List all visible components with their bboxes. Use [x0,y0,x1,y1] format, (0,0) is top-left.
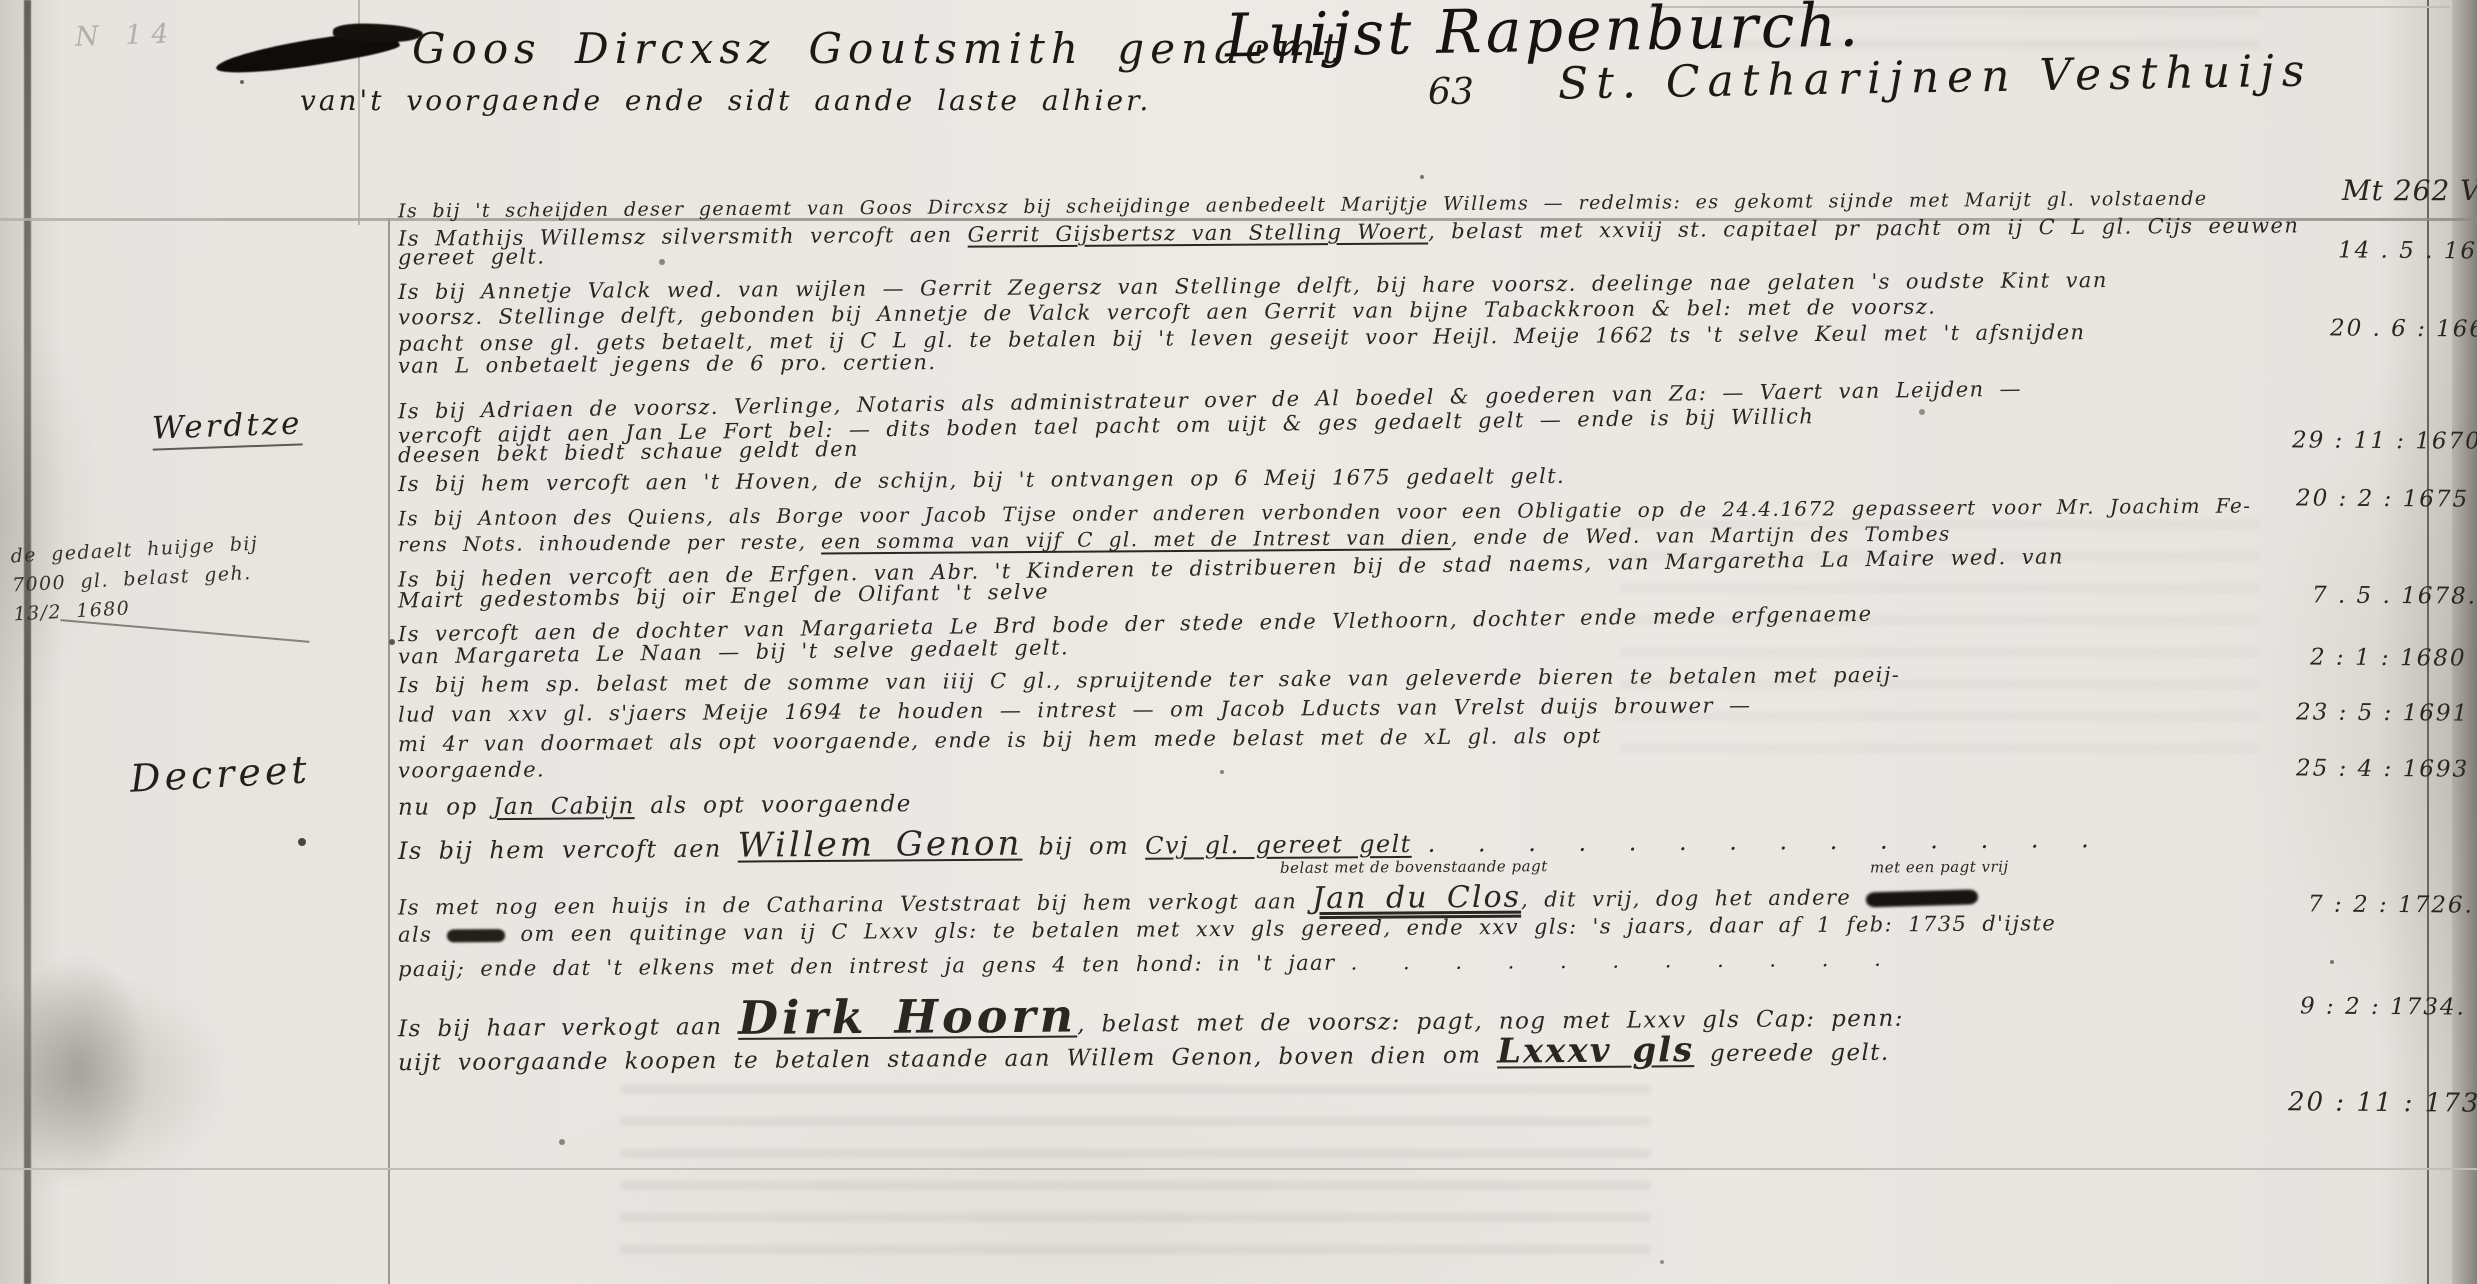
margin-small-note: de gedaelt huijge bij 7000 gl. belast ge… [10,530,262,630]
entry-1-buyer-name: Gerrit Gijsbertsz van Stelling Woert [968,219,1429,246]
entry-9-buyer-name: Willem Genon [738,824,1023,866]
entry-10-line-1-post: , dit vrij, dog het andere [1521,885,1851,911]
entry-9-mid: bij om [1022,832,1145,861]
margin-date-1662: 20 . 6 : 1662 [2330,315,2477,342]
entry-7-line-2: lud van xxv gl. s'jaers Meije 1694 te ho… [398,693,1751,726]
entry-9-pre: Is bij hem vercoft aen [398,835,738,865]
scratched-out-text [1866,889,1978,907]
margin-date-1739: 20 : 11 : 1739 [2288,1087,2477,1118]
margin-date-1678: 7 . 5 . 1678. [2312,582,2477,609]
entry-10-line-1-pre: Is met nog een huijs in de Catharina Ves… [398,889,1312,919]
entry-11-line-2-pre: uijt voorgaande koopen te betalen staand… [398,1043,1497,1077]
margin-note-underline-flourish [60,619,309,643]
bottom-left-smudge [30,950,150,1180]
entry-8-post: als opt voorgaende [635,791,912,819]
entry-10-superscript-note-2: met een pagt vrij [1870,858,2009,877]
entry-8-pre: nu op [398,794,493,821]
entry-3-line-3: deesen bekt biedt schaue geldt den [398,437,859,467]
margin-date-1734: 9 : 2 : 1734. [2300,993,2466,1020]
entry-8-line-1: nu op Jan Cabijn als opt voorgaende [398,791,912,821]
scratched-out-word [447,929,505,942]
entry-10-dot-leader: . . . . . . . . . . . [1350,947,1896,975]
entry-1-line-2-post: , belast met xxviij st. capitael pr pach… [1428,213,2299,243]
entry-11-line-2-post: gereede gelt. [1694,1040,1890,1067]
margin-date-1693: 25 : 4 : 1693 [2296,755,2469,782]
folio-reference: Mt 262 Vso. [2342,174,2477,207]
manuscript-page: N 14 Goos Dircxsz Goutsmith genaemt Luij… [0,0,2477,1284]
margin-date-1633: 14 . 5 . 1633. [2338,237,2477,264]
entry-5-line-2-pre: rens Nots. inhoudende per reste, [398,529,821,556]
margin-date-1680: 2 : 1 : 1680 [2310,644,2467,671]
paper-specks [240,80,244,84]
entry-4-line-1: Is bij hem vercoft aen 't Hoven, de schi… [398,464,1565,496]
entry-10-buyer-name: Jan du Clos [1312,880,1521,916]
margin-name-note: Werdtze [151,405,303,450]
text-margin-rule [388,218,390,1284]
register-title-left: Goos Dircxsz Goutsmith genaemt [412,24,1345,73]
entry-9-line-1: Is bij hem vercoft aen Willem Genon bij … [398,816,2103,868]
entry-8-name: Jan Cabijn [493,793,635,820]
entry-10-superscript-note-1: belast met de bovenstaande pagt [1280,857,1548,877]
header-flourish [214,27,401,78]
entry-7-line-4: voorgaende. [398,757,545,782]
entry-10-line-2-pre: als [398,922,447,946]
margin-date-1726: 7 : 2 : 1726. [2308,891,2474,918]
entry-11-amount: Lxxxv gls [1497,1030,1694,1071]
entry-10-line-3: paaij; ende dat 't elkens met den intres… [398,947,1897,981]
entry-9-dot-leader: . . . . . . . . . . . . . . [1428,825,2103,858]
margin-date-1675: 20 : 2 : 1675 [2296,485,2469,512]
entry-9-amount: Cvj gl. gereet gelt [1145,830,1412,860]
entry-1-line-3: gereet gelt. [398,244,546,269]
entry-5-sum-underlined: een somma van vijf C gl. met de Intrest … [821,525,1451,553]
entry-10-line-3-text: paaij; ende dat 't elkens met den intres… [398,951,1336,982]
margin-date-1691: 23 : 5 : 1691 [2296,699,2469,726]
register-subtitle: van't voorgaende ende sidt aande laste a… [300,84,1151,117]
entry-7-line-3: mi 4r van doormaet als opt voorgaende, e… [398,724,1602,756]
bleedthrough-bottom [620,1085,1650,1260]
entry-2-line-4: van L onbetaelt jegens de 6 pro. certien… [398,350,937,378]
corner-pencil-scribble: N 14 [74,18,178,53]
header-mark: 63 [1428,72,1474,113]
entry-5-line-2-post: , ende de Wed. van Martijn des Tombes [1451,522,1951,549]
margin-date-1670: 29 : 11 : 1670 [2292,427,2477,454]
margin-decree-label: Decreet [129,747,312,800]
